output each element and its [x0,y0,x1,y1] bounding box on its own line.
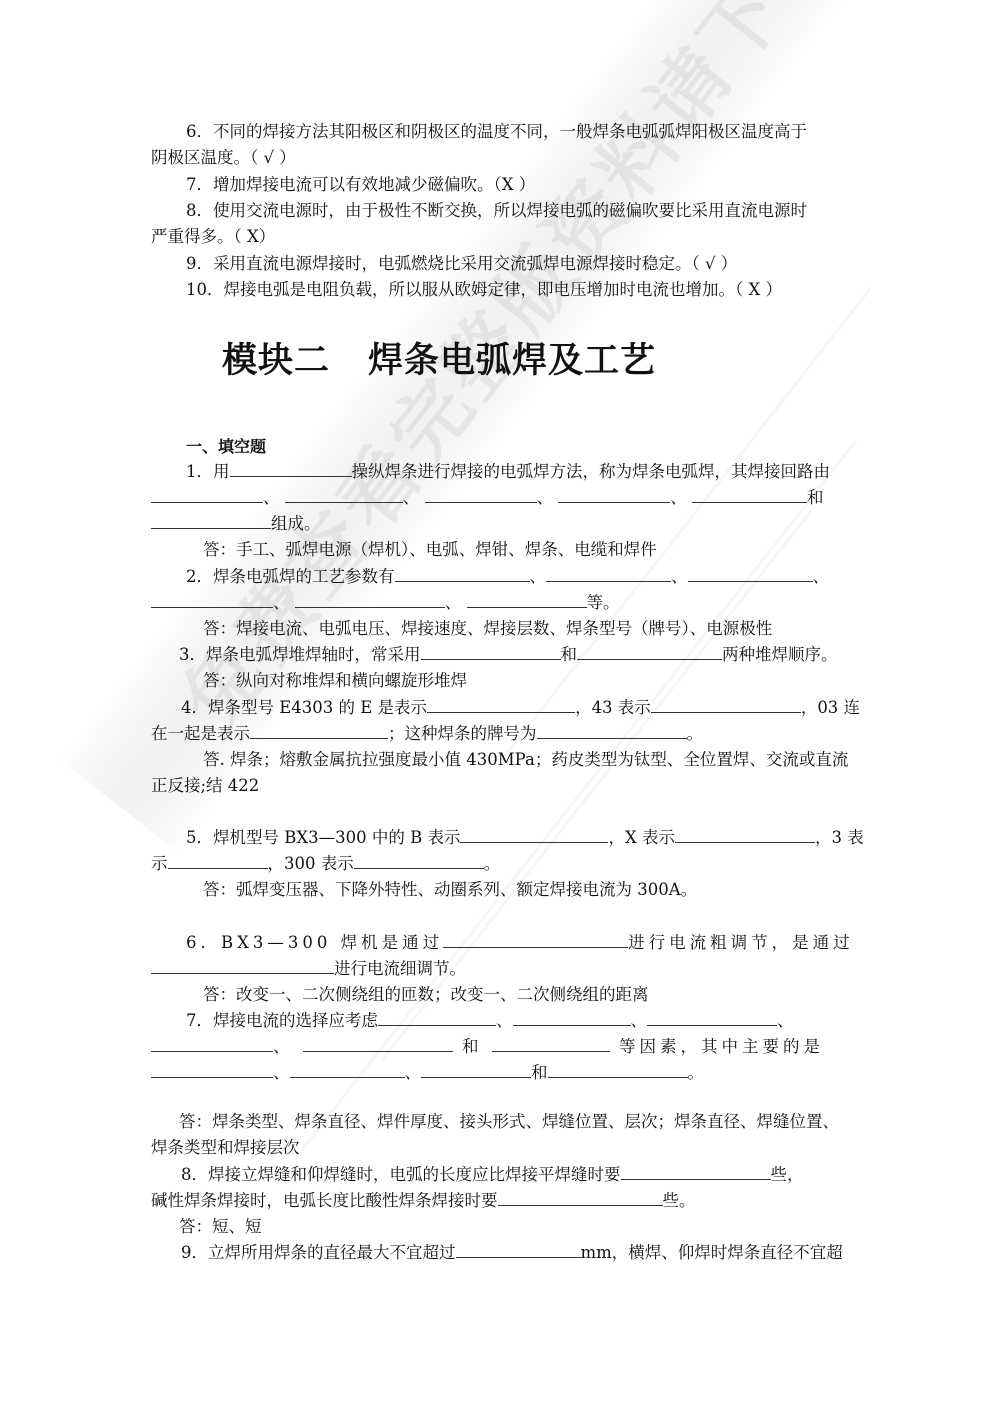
question-5: 5．焊机型号 BX3—300 中的 B 表示，X 表示，3 表 [151,827,878,849]
fill-blank [151,958,334,974]
answer-4-cont: 正反接;结 422 [151,775,843,797]
fill-blank [151,1036,273,1052]
fill-blank [692,487,807,503]
question-4: 4．焊条型号 E4303 的 E 是表示，43 表示，03 连 [151,697,873,719]
fill-blank [421,644,561,660]
question-7-cont: 、 和 等因素，其中主要的是 [151,1036,843,1058]
fill-blank [688,566,813,582]
module-name: 焊条电弧焊及工艺 [368,341,656,381]
judgement-item-6-cont: 阴极区温度。（ √ ） [151,147,843,169]
judgement-item-7: 7．增加焊接电流可以有效地减少磁偏吹。（X ） [151,174,878,196]
judgement-item-8: 8．使用交流电源时，由于极性不断交换，所以焊接电弧的磁偏吹要比采用直流电源时 [151,200,878,222]
question-1-cont: 、 、 、 、 和 [151,487,843,509]
fill-blank [250,723,388,739]
answer-7-cont: 焊条类型和焊接层次 [151,1137,843,1159]
fill-blank [168,853,268,869]
judgement-item-10: 10．焊接电弧是电阻负载，所以服从欧姆定律，即电压增加时电流也增加。（ X ） [151,279,878,301]
fill-blank [492,1036,610,1052]
question-8: 8．焊接立焊缝和仰焊缝时，电弧的长度应比焊接平焊缝时要些， [151,1164,873,1186]
fill-blank [151,1062,273,1078]
question-5-cont: 示，300 表示。 [151,853,843,875]
question-9: 9．立焊所用焊条的直径最大不宜超过mm，横焊、仰焊时焊条直径不宜超 [151,1242,873,1264]
question-8-cont: 碱性焊条焊接时，电弧长度比酸性焊条焊接时要些。 [151,1190,843,1212]
answer-4: 答. 焊条；熔敷金属抗拉强度最小值 430MPa；药皮类型为钛型、全位置焊、交流… [151,749,895,771]
module-title: 模块二焊条电弧焊及工艺 [222,333,656,383]
fill-blank [443,932,628,948]
answer-8: 答：短、短 [151,1216,871,1238]
fill-blank [456,1242,581,1258]
question-2-cont: 、 、 等。 [151,592,843,614]
fill-blank [421,1062,531,1078]
fill-blank [295,592,445,608]
fill-blank [151,487,263,503]
fill-blank [498,1190,663,1206]
fill-blank [285,487,403,503]
fill-blank [395,566,530,582]
question-1-end: 组成。 [151,513,843,535]
fill-blank [303,1036,453,1052]
fill-blank [354,853,484,869]
judgement-item-8-cont: 严重得多。（ X） [151,226,843,248]
answer-7: 答：焊条类型、焊条直径、焊件厚度、接头形式、焊缝位置、层次；焊条直径、焊缝位置、 [151,1111,871,1133]
module-number: 模块二 [222,341,330,381]
answer-2: 答：焊接电流、电弧电压、焊接速度、焊接层数、焊条型号（牌号）、电源极性 [151,618,895,640]
fill-blank [548,1062,688,1078]
fill-blank [460,827,608,843]
question-1: 1．用操纵焊条进行焊接的电弧焊方法，称为焊条电弧焊，其焊接回路由 [151,461,878,483]
fill-blank [513,1010,631,1026]
fill-blank [427,697,575,713]
fill-blank [558,487,670,503]
fill-blank [546,566,671,582]
question-6: 6．BX3—300 焊机是通过进行电流粗调节，是通过 [151,932,878,954]
fill-blank [621,1164,771,1180]
fill-blank [425,487,537,503]
section-heading: 一、填空题 [186,434,266,457]
answer-3: 答：纵向对称堆焊和横向螺旋形堆焊 [151,670,895,692]
document-page: 6．不同的焊接方法其阳极区和阴极区的温度不同，一般焊条电弧弧焊阳极区温度高于 阴… [0,0,993,1404]
question-3: 3．焊条电弧焊堆焊轴时，常采用和两种堆焊顺序。 [151,644,871,666]
judgement-item-6: 6．不同的焊接方法其阳极区和阴极区的温度不同，一般焊条电弧弧焊阳极区温度高于 [151,121,878,143]
fill-blank [675,827,815,843]
fill-blank [151,592,273,608]
answer-5: 答：弧焊变压器、下降外特性、动圈系列、额定焊接电流为 300A。 [151,879,895,901]
question-6-cont: 进行电流细调节。 [151,958,843,980]
judgement-item-9: 9．采用直流电源焊接时，电弧燃烧比采用交流弧焊电源焊接时稳定。（ √ ） [151,253,878,275]
fill-blank [577,644,722,660]
answer-6: 答：改变一、二次侧绕组的匝数；改变一、二次侧绕组的距离 [151,984,895,1006]
question-4-cont: 在一起是表示；这种焊条的牌号为。 [151,723,843,745]
answer-1: 答：手工、弧焊电源（焊机）、电弧、焊钳、焊条、电缆和焊件 [151,539,895,561]
fill-blank [537,723,687,739]
question-2: 2．焊条电弧焊的工艺参数有、、、 [151,566,878,588]
fill-blank [467,592,587,608]
fill-blank [151,513,271,529]
fill-blank [651,697,801,713]
fill-blank [378,1010,496,1026]
question-7-end: 、、和。 [151,1062,843,1084]
fill-blank [230,461,352,477]
fill-blank [647,1010,777,1026]
question-7: 7．焊接电流的选择应考虑、、、 [151,1010,878,1032]
fill-blank [290,1062,405,1078]
